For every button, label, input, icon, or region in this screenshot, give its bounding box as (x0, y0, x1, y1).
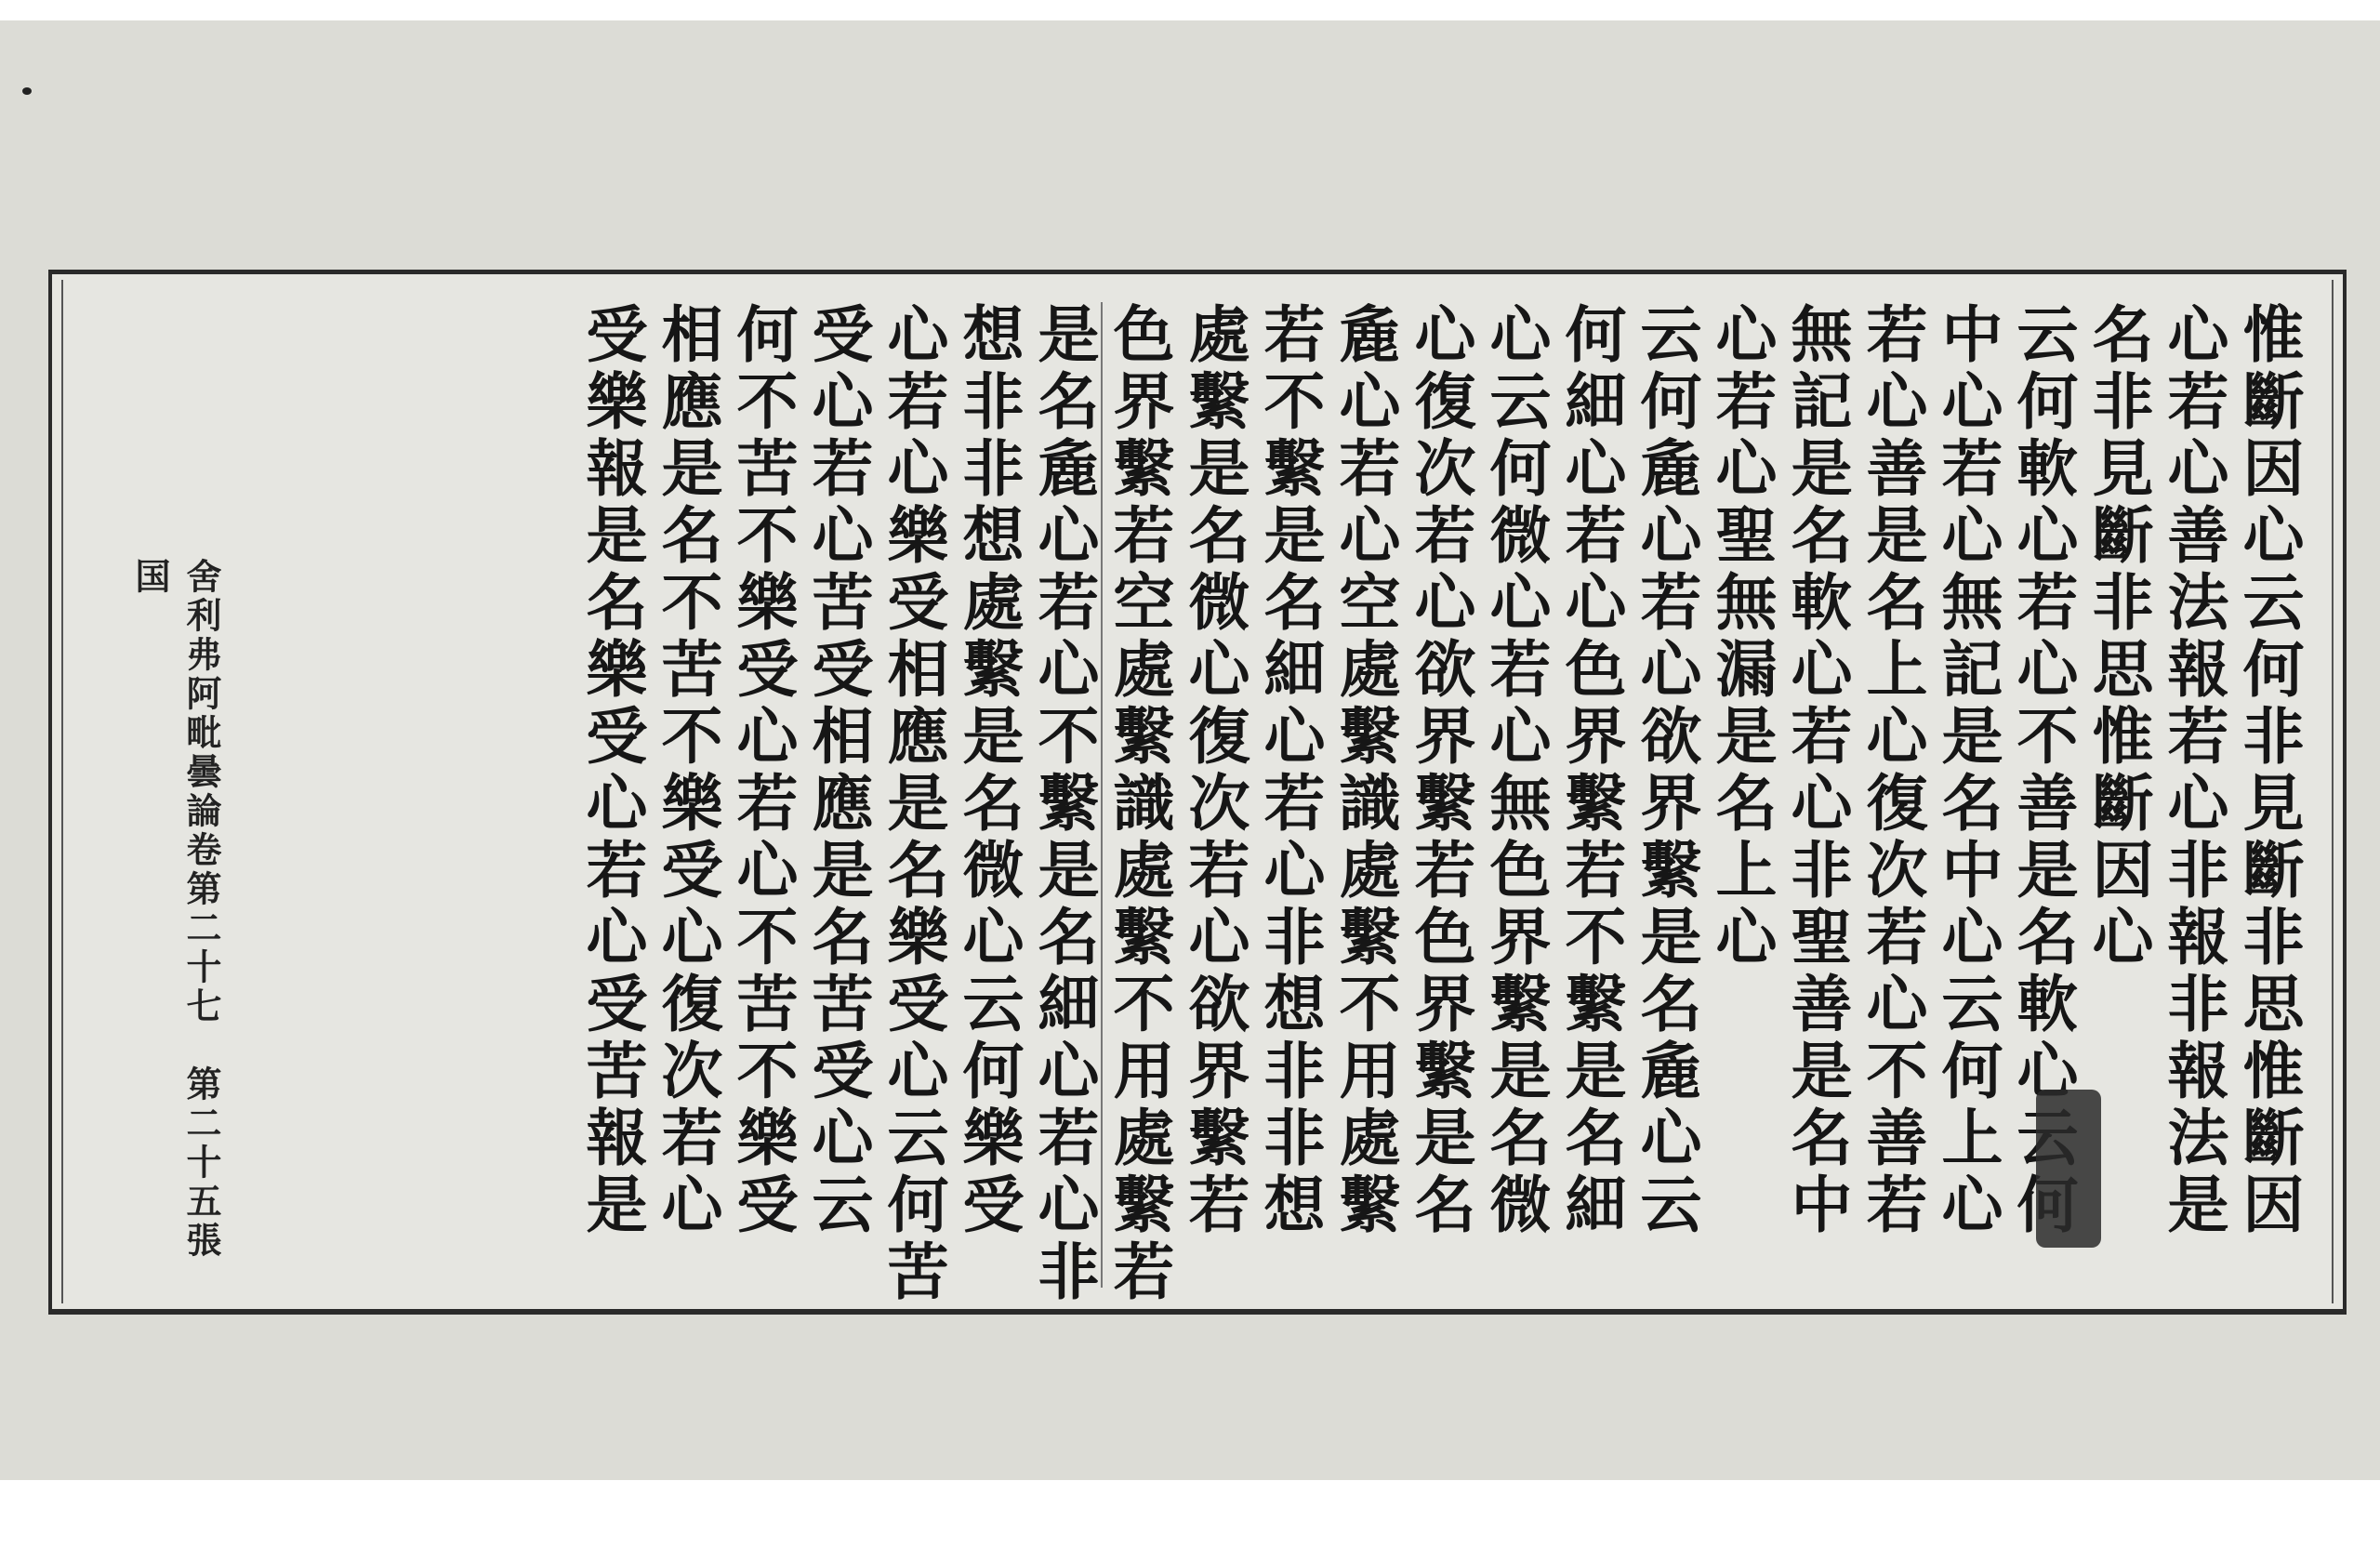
text-column: 心云何微心若心無色界繫是名微 (1477, 302, 1553, 1288)
text-column: 何細心若心色界繫若不繫是名細 (1553, 302, 1628, 1288)
ink-seal-mark (2036, 1090, 2101, 1248)
text-column: 心若心樂受相應是名樂受心云何苦 (875, 302, 950, 1288)
text-column: 受心若心苦受相應是名苦受心云 (800, 302, 875, 1288)
text-column: 色界繫若空處繫識處繫不用處繫若 (1101, 302, 1176, 1288)
text-column: 處繫是名微心復次若心欲界繫若 (1176, 302, 1251, 1288)
text-column: 是名麁心若心不繫是名細心若心非 (1025, 302, 1101, 1288)
scanned-page: 惟斷因心云何非見斷非思惟斷因 心若心善法報若心非報非報法是 名非見斷非思惟斷因心… (0, 20, 2380, 1480)
text-column: 若心善是名上心復次若心不善若 (1854, 302, 1929, 1288)
ink-spot (22, 87, 32, 95)
text-column: 相應是名不苦不樂受心復次若心 (649, 302, 724, 1288)
text-column: 何不苦不樂受心若心不苦不樂受 (724, 302, 800, 1288)
text-column: 心若心善法報若心非報非報法是 (2155, 302, 2230, 1288)
text-column: 云何麁心若心欲界繫是名麁心云 (1628, 302, 1703, 1288)
print-frame: 惟斷因心云何非見斷非思惟斷因 心若心善法報若心非報非報法是 名非見斷非思惟斷因心… (48, 270, 2347, 1315)
colophon: 舍利弗阿毗曇論卷第二十七 第二十五張 国 (125, 558, 227, 1309)
text-column: 無記是名軟心若心非聖善是名中 (1778, 302, 1854, 1288)
text-column: 想非非想處繫是名微心云何樂受 (950, 302, 1025, 1288)
text-column: 心復次若心欲界繫若色界繫是名 (1402, 302, 1477, 1288)
text-column: 惟斷因心云何非見斷非思惟斷因 (2230, 302, 2306, 1288)
text-column: 心若心聖無漏是名上心 (1703, 302, 1778, 1288)
text-column: 受樂報是名樂受心若心受苦報是 (574, 302, 649, 1288)
text-column: 麁心若心空處繫識處繫不用處繫 (1327, 302, 1402, 1288)
text-column: 若不繫是名細心若心非想非非想 (1251, 302, 1327, 1288)
text-column: 中心若心無記是名中心云何上心 (1929, 302, 2004, 1288)
